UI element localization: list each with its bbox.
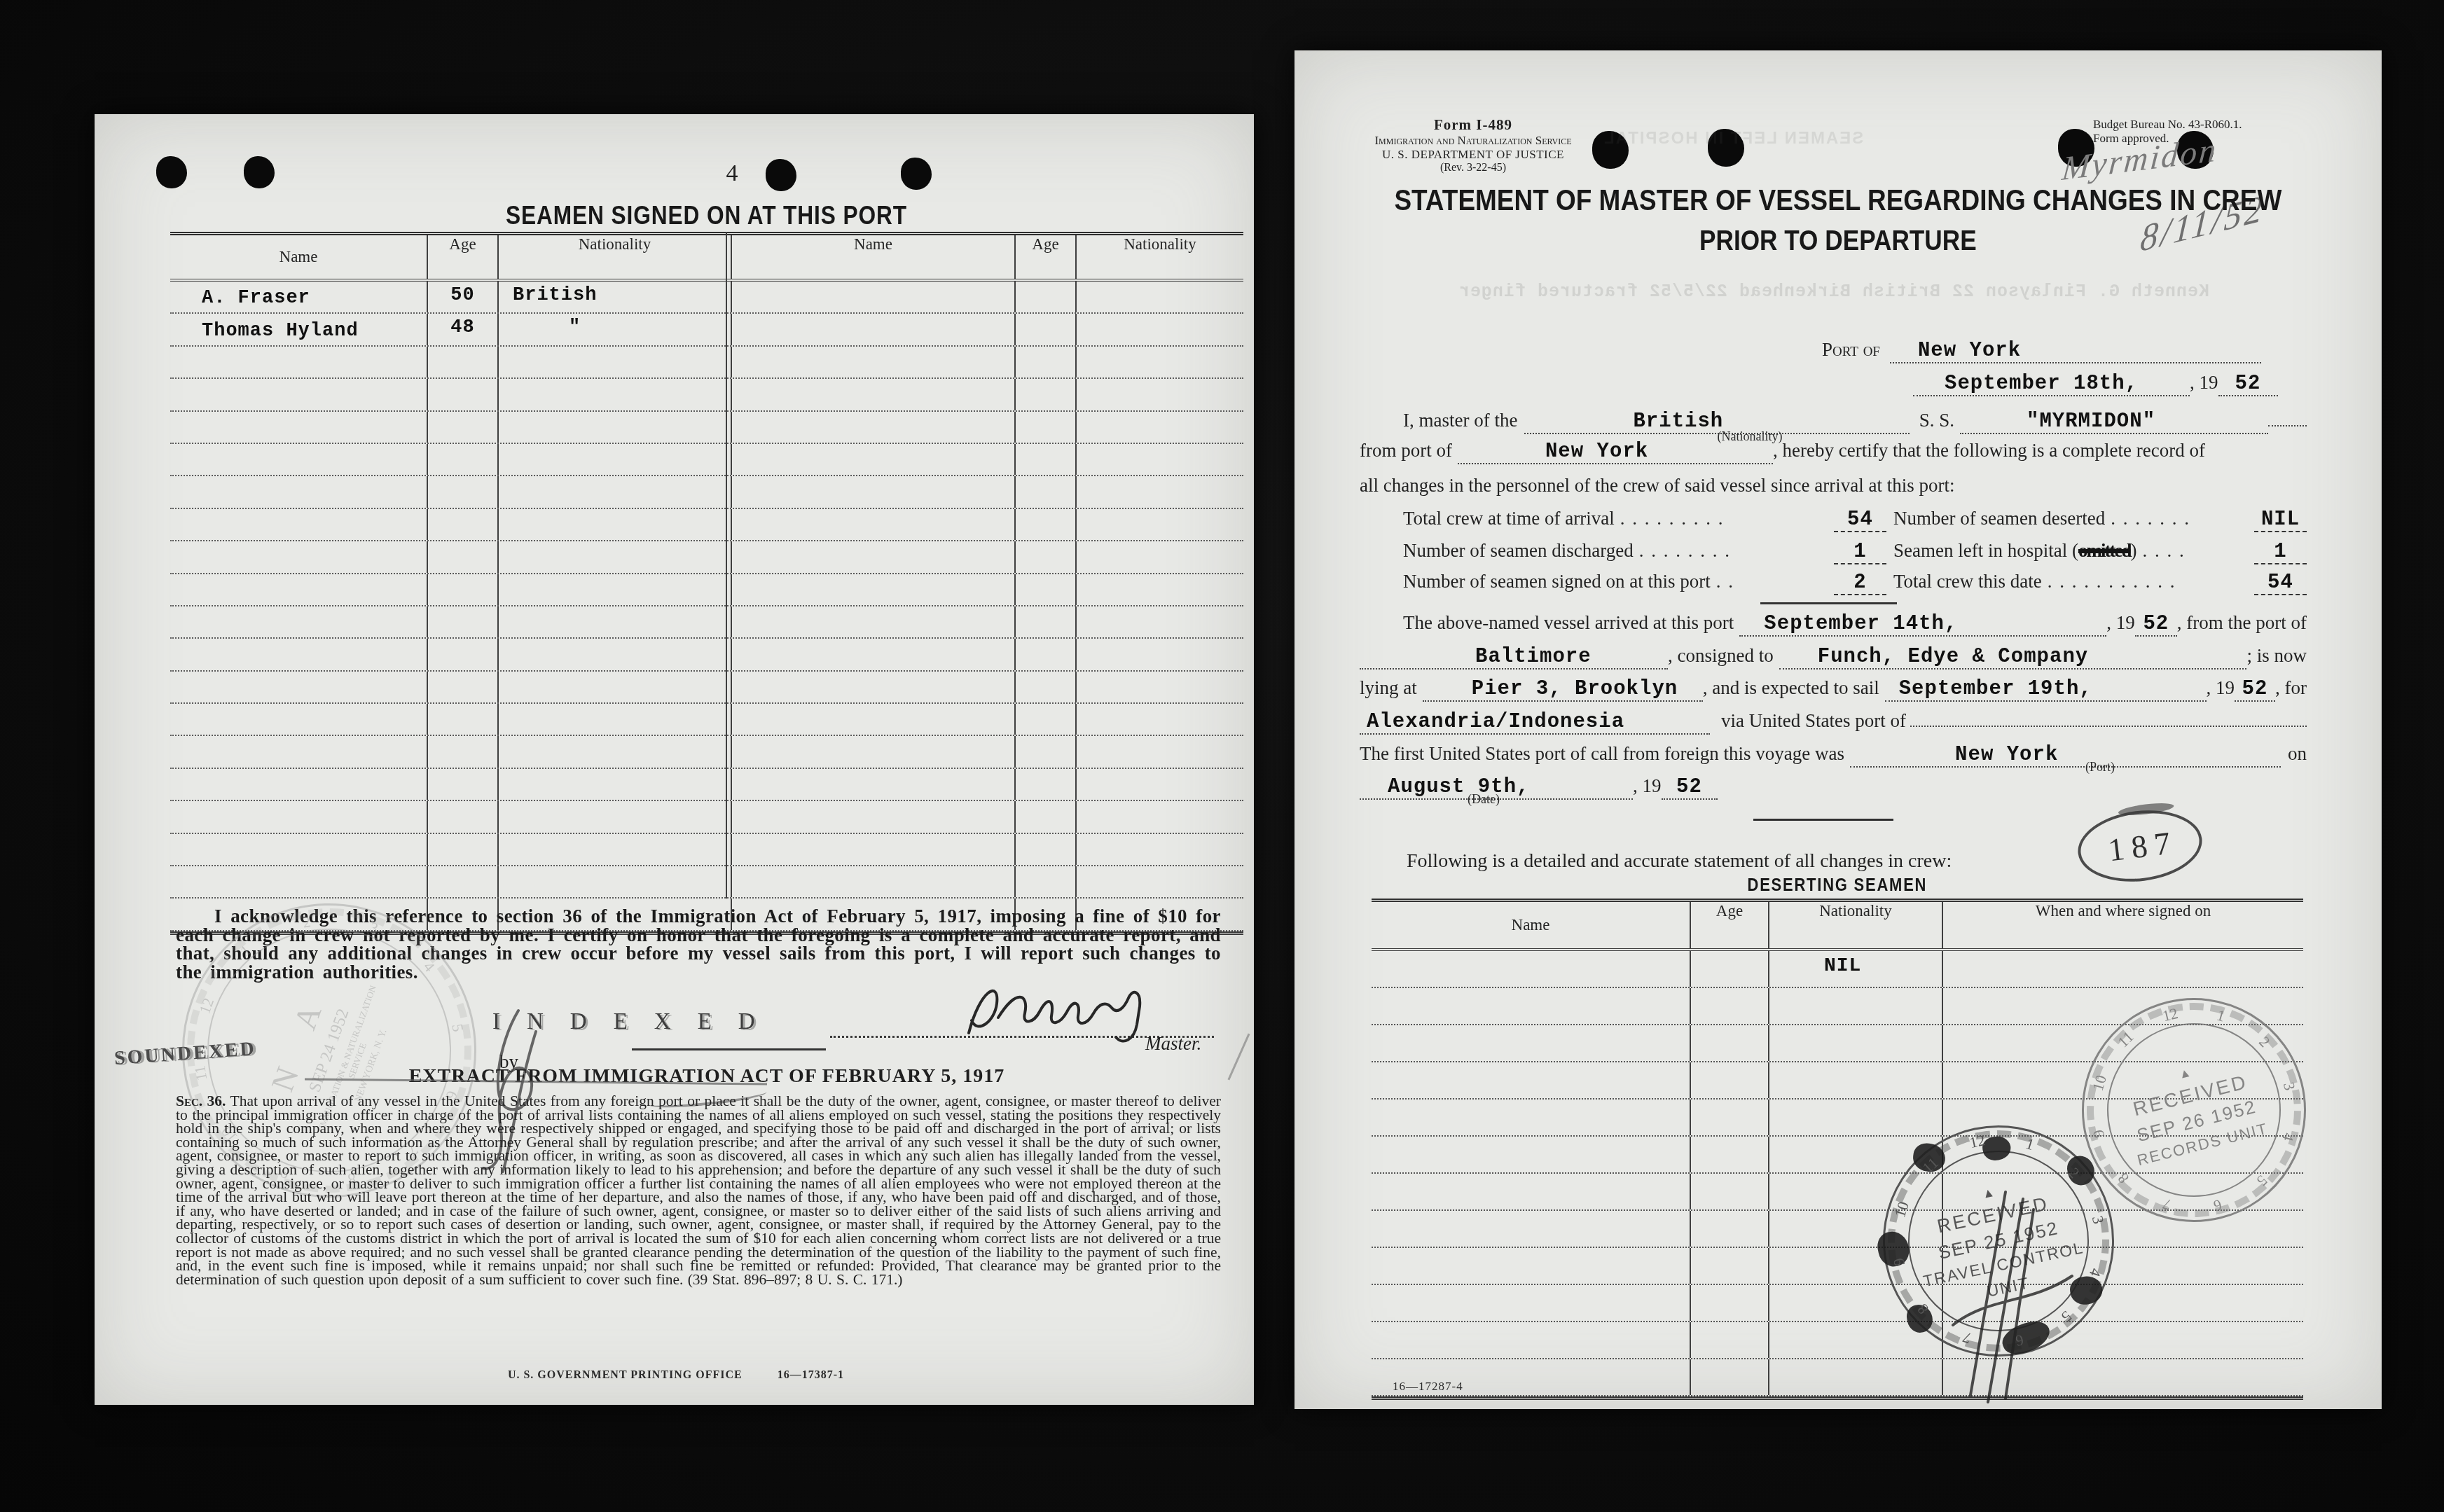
form-title-text2: PRIOR TO DEPARTURE bbox=[1699, 226, 1977, 257]
table-cell bbox=[427, 801, 497, 832]
table-cell bbox=[1075, 834, 1243, 865]
form-title-line2: PRIOR TO DEPARTURE bbox=[1323, 226, 2354, 257]
table-cell bbox=[731, 379, 1014, 410]
table-cell bbox=[1014, 866, 1075, 897]
table-cell: Thomas Hyland bbox=[170, 317, 427, 345]
table-cell bbox=[1075, 412, 1243, 443]
consigned-post: ; is now bbox=[2246, 645, 2307, 667]
table-row bbox=[170, 444, 1243, 476]
table-cell bbox=[731, 606, 1014, 637]
sail-year: 52 bbox=[2242, 677, 2268, 700]
dot-leader: . . bbox=[1716, 571, 1734, 592]
consigned-port: Baltimore bbox=[1475, 645, 1592, 668]
table-row bbox=[1372, 1285, 2303, 1322]
table-cell bbox=[1014, 834, 1075, 865]
table-cell bbox=[1075, 704, 1243, 735]
master-label: Master. bbox=[1145, 1033, 1201, 1055]
lying-mid: , and is expected to sail bbox=[1703, 677, 1879, 699]
col-header-age: Age bbox=[427, 235, 497, 279]
table-row bbox=[170, 541, 1243, 574]
form-title-line1: STATEMENT OF MASTER OF VESSEL REGARDING … bbox=[1323, 183, 2354, 217]
left-footer: U. S. GOVERNMENT PRINTING OFFICE 16—1738… bbox=[389, 1369, 963, 1382]
dot-leader: . . . . . . . . bbox=[1639, 540, 1731, 562]
table-cell bbox=[427, 769, 497, 800]
lying-label: lying at bbox=[1360, 677, 1417, 699]
table-row bbox=[170, 509, 1243, 541]
table-cell bbox=[1942, 951, 2303, 987]
table-cell: 50 bbox=[427, 282, 497, 312]
lying-value: Pier 3, Brooklyn bbox=[1472, 677, 1678, 700]
form-number: Form I-489 bbox=[1323, 116, 1624, 134]
date-caption: (Date) bbox=[1407, 792, 1561, 807]
lying-post: , for bbox=[2275, 677, 2307, 699]
table-cell bbox=[497, 476, 731, 507]
table-row bbox=[170, 704, 1243, 736]
table-cell bbox=[427, 476, 497, 507]
first-port-pre: The first United States port of call fro… bbox=[1360, 743, 1844, 765]
table-cell: British bbox=[497, 282, 731, 312]
table-cell bbox=[1075, 314, 1243, 345]
all-changes-text: all changes in the personnel of the crew… bbox=[1360, 475, 1954, 497]
year-prefix: , 19 bbox=[2190, 372, 2218, 394]
table-center-divider bbox=[726, 232, 727, 899]
left-form-code: 16—17387-1 bbox=[778, 1369, 844, 1381]
from-port-value: New York bbox=[1545, 440, 1648, 463]
col-header-age: Age bbox=[1690, 902, 1768, 948]
arrival-line: The above-named vessel arrived at this p… bbox=[1360, 612, 2307, 637]
table-row bbox=[1372, 1322, 2303, 1359]
revision-note: (Rev. 3-22-45) bbox=[1323, 162, 1624, 174]
stat-label: Total crew at time of arrival bbox=[1403, 508, 1615, 529]
table-cell bbox=[427, 866, 497, 897]
stat-label: Number of seamen signed on at this port bbox=[1403, 571, 1711, 592]
table-cell bbox=[1014, 282, 1075, 312]
stat-label: Total crew this date bbox=[1893, 571, 2042, 592]
stat-value: 54 bbox=[1834, 508, 1886, 532]
table-cell bbox=[497, 347, 731, 377]
table-cell bbox=[497, 736, 731, 767]
table-cell bbox=[1690, 1322, 1768, 1358]
table-row bbox=[170, 736, 1243, 768]
stat-label: Seamen left in hospital ( bbox=[1893, 540, 2078, 562]
table-cell bbox=[1014, 444, 1075, 475]
table-cell bbox=[731, 639, 1014, 670]
ss-label: S. S. bbox=[1919, 410, 1954, 431]
table-row bbox=[170, 476, 1243, 508]
table-cell bbox=[427, 574, 497, 605]
table-cell bbox=[1014, 541, 1075, 572]
col-header-name: Name bbox=[1372, 916, 1690, 934]
table-cell bbox=[1014, 639, 1075, 670]
table-cell bbox=[497, 444, 731, 475]
table-cell bbox=[1014, 606, 1075, 637]
following-text: Following is a detailed and accurate sta… bbox=[1407, 850, 1952, 873]
dot-leader: . . . . . . . . . . . bbox=[2048, 571, 2176, 592]
printing-office: U. S. GOVERNMENT PRINTING OFFICE bbox=[508, 1369, 743, 1381]
col-header-name: Name bbox=[170, 248, 427, 266]
table-cell bbox=[731, 704, 1014, 735]
table-cell bbox=[731, 314, 1014, 345]
date-value: September 18th, bbox=[1945, 372, 2138, 395]
table-row bbox=[170, 639, 1243, 671]
budget-line1: Budget Bureau No. 43-R060.1. bbox=[2093, 118, 2324, 132]
col-header-when-where: When and where signed on bbox=[1942, 902, 2303, 948]
table-cell bbox=[1075, 672, 1243, 702]
first-port-post: on bbox=[2288, 743, 2307, 765]
seamen-signed-on-table: Name Age Nationality Name Age Nationalit… bbox=[170, 232, 1243, 935]
table-cell bbox=[497, 704, 731, 735]
deserting-seamen-heading: DESERTING SEAMEN bbox=[1372, 875, 2303, 896]
table-cell bbox=[1075, 769, 1243, 800]
from-port-label: from port of bbox=[1360, 440, 1452, 462]
table-row bbox=[170, 347, 1243, 379]
year-prefix: , 19 bbox=[2207, 677, 2235, 699]
table-cell bbox=[1075, 574, 1243, 605]
table-cell bbox=[1768, 1100, 1942, 1135]
table-cell bbox=[1014, 672, 1075, 702]
table-cell bbox=[497, 801, 731, 832]
table-cell bbox=[1690, 951, 1768, 987]
port-caption: (Port) bbox=[2023, 760, 2177, 775]
table-cell bbox=[1075, 606, 1243, 637]
table-cell bbox=[1014, 412, 1075, 443]
punch-hole bbox=[901, 158, 932, 190]
table-row: A. Fraser50British bbox=[170, 282, 1243, 314]
table-cell bbox=[497, 541, 731, 572]
table-cell bbox=[731, 412, 1014, 443]
table-row bbox=[170, 379, 1243, 411]
col-header-nationality: Nationality bbox=[1768, 902, 1942, 948]
page-number: 4 bbox=[711, 160, 753, 187]
table-cell bbox=[497, 606, 731, 637]
table-row bbox=[170, 769, 1243, 801]
table-cell bbox=[731, 574, 1014, 605]
table-cell bbox=[1768, 988, 1942, 1024]
dot-leader: . . . . . . . . . bbox=[1620, 508, 1725, 529]
table-cell bbox=[1690, 1137, 1768, 1172]
table-cell bbox=[427, 444, 497, 475]
dot-leader: . . . . . . . bbox=[2111, 508, 2190, 529]
table-cell bbox=[1075, 541, 1243, 572]
stat-value: 1 bbox=[1834, 540, 1886, 564]
punch-hole bbox=[156, 156, 187, 188]
table-cell bbox=[1768, 1359, 1942, 1395]
left-title-text: SEAMEN SIGNED ON AT THIS PORT bbox=[506, 201, 908, 230]
following-line: Following is a detailed and accurate sta… bbox=[1360, 850, 2307, 873]
left-page: 4 SEAMEN SIGNED ON AT THIS PORT Name Age… bbox=[95, 114, 1254, 1405]
table-cell bbox=[497, 412, 731, 443]
deserting-seamen-text: DESERTING SEAMEN bbox=[1748, 875, 1928, 896]
table-row bbox=[1372, 1359, 2303, 1396]
table-cell bbox=[497, 509, 731, 540]
table-cell bbox=[1075, 509, 1243, 540]
table-cell bbox=[1014, 347, 1075, 377]
table-cell bbox=[427, 606, 497, 637]
port-value: New York bbox=[1918, 339, 2021, 362]
table-cell: 48 bbox=[427, 314, 497, 345]
table-cell bbox=[1075, 379, 1243, 410]
dot-leader: . . . . bbox=[2142, 540, 2185, 562]
table-cell: A. Fraser bbox=[170, 284, 427, 312]
table-row bbox=[170, 834, 1243, 866]
year-prefix: , 19 bbox=[2106, 612, 2135, 634]
table-row bbox=[170, 672, 1243, 704]
right-footer: 16—17287-4 bbox=[1393, 1380, 1463, 1394]
first-date-year: 52 bbox=[1676, 775, 1702, 798]
table-row bbox=[170, 866, 1243, 899]
table-cell bbox=[1014, 476, 1075, 507]
stat-label: Number of seamen deserted bbox=[1893, 508, 2105, 529]
table-cell bbox=[1075, 476, 1243, 507]
consigned-line: Baltimore , consigned to Funch, Edye & C… bbox=[1360, 645, 2307, 670]
table-cell bbox=[1075, 444, 1243, 475]
arrival-year: 52 bbox=[2143, 612, 2169, 635]
sec36-text: That upon arrival of any vessel in the U… bbox=[176, 1093, 1221, 1288]
all-changes-line: all changes in the personnel of the crew… bbox=[1360, 475, 2307, 497]
table-cell: " bbox=[497, 314, 731, 345]
left-title: SEAMEN SIGNED ON AT THIS PORT bbox=[170, 201, 1243, 230]
table-cell bbox=[731, 801, 1014, 832]
table-cell bbox=[731, 347, 1014, 377]
table-cell bbox=[1014, 509, 1075, 540]
port-line: Port of New York bbox=[1360, 339, 2307, 363]
table-cell bbox=[1690, 1025, 1768, 1061]
table-cell bbox=[427, 834, 497, 865]
table-cell bbox=[1014, 736, 1075, 767]
stamp-arrow-icon: ▲ bbox=[2177, 1065, 2193, 1083]
table-cell bbox=[427, 541, 497, 572]
table-cell bbox=[1690, 988, 1768, 1024]
form-title-text1: STATEMENT OF MASTER OF VESSEL REGARDING … bbox=[1395, 183, 2282, 217]
table-cell bbox=[497, 769, 731, 800]
table-cell bbox=[1690, 1211, 1768, 1247]
table-cell bbox=[497, 574, 731, 605]
col-header-name2: Name bbox=[731, 235, 1014, 279]
stat-value: 54 bbox=[2254, 571, 2307, 595]
table-cell bbox=[731, 866, 1014, 897]
table-row bbox=[170, 574, 1243, 606]
table-row bbox=[170, 801, 1243, 833]
struck-word: omitted bbox=[2078, 540, 2130, 562]
form-id-block: Form I-489 Immigration and Naturalizatio… bbox=[1323, 116, 1624, 174]
table-row: Thomas Hyland48" bbox=[170, 314, 1243, 346]
table-cell bbox=[731, 541, 1014, 572]
pen-scribble bbox=[1939, 1178, 2100, 1409]
table-cell bbox=[1014, 704, 1075, 735]
table-cell bbox=[1768, 1062, 1942, 1098]
table-cell bbox=[731, 736, 1014, 767]
table-cell bbox=[497, 866, 731, 897]
table-cell bbox=[1075, 347, 1243, 377]
agency-line1: Immigration and Naturalization Service bbox=[1323, 134, 1624, 148]
table-cell bbox=[731, 834, 1014, 865]
table-cell bbox=[731, 769, 1014, 800]
table-header-row: Name Age Nationality When and where sign… bbox=[1372, 902, 2303, 951]
table-cell bbox=[1690, 1359, 1768, 1395]
table-row bbox=[170, 606, 1243, 639]
year-value: 52 bbox=[2235, 372, 2261, 395]
table-cell bbox=[1014, 379, 1075, 410]
table-cell bbox=[1690, 1174, 1768, 1209]
lying-line: lying at Pier 3, Brooklyn , and is expec… bbox=[1360, 677, 2307, 702]
from-port-rest: , hereby certify that the following is a… bbox=[1773, 440, 2205, 462]
table-cell bbox=[497, 672, 731, 702]
table-cell bbox=[497, 639, 731, 670]
table-cell bbox=[1014, 314, 1075, 345]
table-cell bbox=[731, 282, 1014, 312]
stats-row-1: Total crew at time of arrival . . . . . … bbox=[1403, 508, 2307, 532]
stat-value: NIL bbox=[2254, 508, 2307, 532]
destination-line: Alexandria/Indonesia via United States p… bbox=[1360, 710, 2307, 735]
table-cell bbox=[1690, 1062, 1768, 1098]
table-cell bbox=[1014, 769, 1075, 800]
table-cell bbox=[427, 704, 497, 735]
stat-value: 2 bbox=[1834, 571, 1886, 595]
col-header-nationality: Nationality bbox=[497, 235, 731, 279]
table-cell bbox=[731, 509, 1014, 540]
mid-rule bbox=[1753, 819, 1893, 821]
table-cell bbox=[1690, 1100, 1768, 1135]
year-prefix: , 19 bbox=[1633, 775, 1662, 797]
table-cell bbox=[427, 639, 497, 670]
table-cell bbox=[1014, 801, 1075, 832]
table-cell bbox=[1075, 866, 1243, 897]
ghost-crew-line: Kenneth G. Finlayson 22 British Birkenhe… bbox=[1337, 282, 2331, 302]
col-header-nationality2: Nationality bbox=[1075, 235, 1243, 279]
table-cell bbox=[427, 736, 497, 767]
table-cell bbox=[497, 834, 731, 865]
scanned-document-photo: 4 SEAMEN SIGNED ON AT THIS PORT Name Age… bbox=[0, 0, 2444, 1512]
right-page: Form I-489 Immigration and Naturalizatio… bbox=[1295, 50, 2382, 1409]
arrival-date: September 14th, bbox=[1764, 612, 1957, 635]
table-cell bbox=[1690, 1248, 1768, 1284]
table-cell bbox=[427, 509, 497, 540]
stat-label: ) bbox=[2130, 540, 2136, 562]
table-cell bbox=[497, 379, 731, 410]
table-row bbox=[170, 412, 1243, 444]
table-cell bbox=[1075, 282, 1243, 312]
section-rule bbox=[1760, 602, 1897, 604]
consigned-label: , consigned to bbox=[1668, 645, 1774, 667]
master-pre: I, master of the bbox=[1403, 410, 1517, 431]
table-cell bbox=[1075, 801, 1243, 832]
from-port-line: from port of New York , hereby certify t… bbox=[1360, 440, 2307, 464]
punch-hole bbox=[244, 156, 275, 188]
sail-date: September 19th, bbox=[1899, 677, 2092, 700]
table-row: NIL bbox=[1372, 951, 2303, 988]
sec36-paragraph: Sec. 36. That upon arrival of any vessel… bbox=[176, 1095, 1221, 1286]
table-cell bbox=[731, 476, 1014, 507]
table-cell bbox=[1075, 639, 1243, 670]
table-cell bbox=[427, 672, 497, 702]
port-label: Port of bbox=[1822, 339, 1880, 361]
table-cell bbox=[731, 444, 1014, 475]
arrival-pre: The above-named vessel arrived at this p… bbox=[1403, 612, 1734, 634]
stats-row-2: Number of seamen discharged . . . . . . … bbox=[1403, 540, 2307, 564]
table-cell bbox=[1690, 1285, 1768, 1321]
table-cell bbox=[1075, 736, 1243, 767]
table-header-row: Name Age Nationality Name Age Nationalit… bbox=[170, 235, 1243, 282]
table-cell bbox=[1768, 1025, 1942, 1061]
ghost-heading: SEAMEN LEFT IN HOSPITAL bbox=[1603, 129, 1863, 148]
arrival-post: , from the port of bbox=[2177, 612, 2307, 634]
destination-value: Alexandria/Indonesia bbox=[1367, 710, 1624, 733]
vessel-value: "MYRMIDON" bbox=[2027, 410, 2155, 433]
table-cell bbox=[1014, 574, 1075, 605]
stat-value: 1 bbox=[2254, 540, 2307, 564]
table-cell bbox=[427, 379, 497, 410]
agency-line2: U. S. DEPARTMENT OF JUSTICE bbox=[1323, 148, 1624, 162]
col-header-age2: Age bbox=[1014, 235, 1075, 279]
destination-label: via United States port of bbox=[1721, 710, 1906, 732]
table-cell bbox=[427, 412, 497, 443]
stamp-smudge bbox=[2118, 801, 2174, 818]
table-cell: NIL bbox=[1768, 951, 1942, 987]
table-cell bbox=[731, 672, 1014, 702]
date-line: September 18th, , 19 52 bbox=[1360, 372, 2307, 396]
short-rule bbox=[632, 1048, 826, 1050]
table-cell bbox=[427, 347, 497, 377]
stats-row-3: Number of seamen signed on at this port … bbox=[1403, 571, 2307, 595]
consignee-value: Funch, Edye & Company bbox=[1818, 645, 2088, 668]
table-row bbox=[1372, 1248, 2303, 1285]
stat-label: Number of seamen discharged bbox=[1403, 540, 1634, 562]
punch-hole bbox=[766, 159, 796, 191]
